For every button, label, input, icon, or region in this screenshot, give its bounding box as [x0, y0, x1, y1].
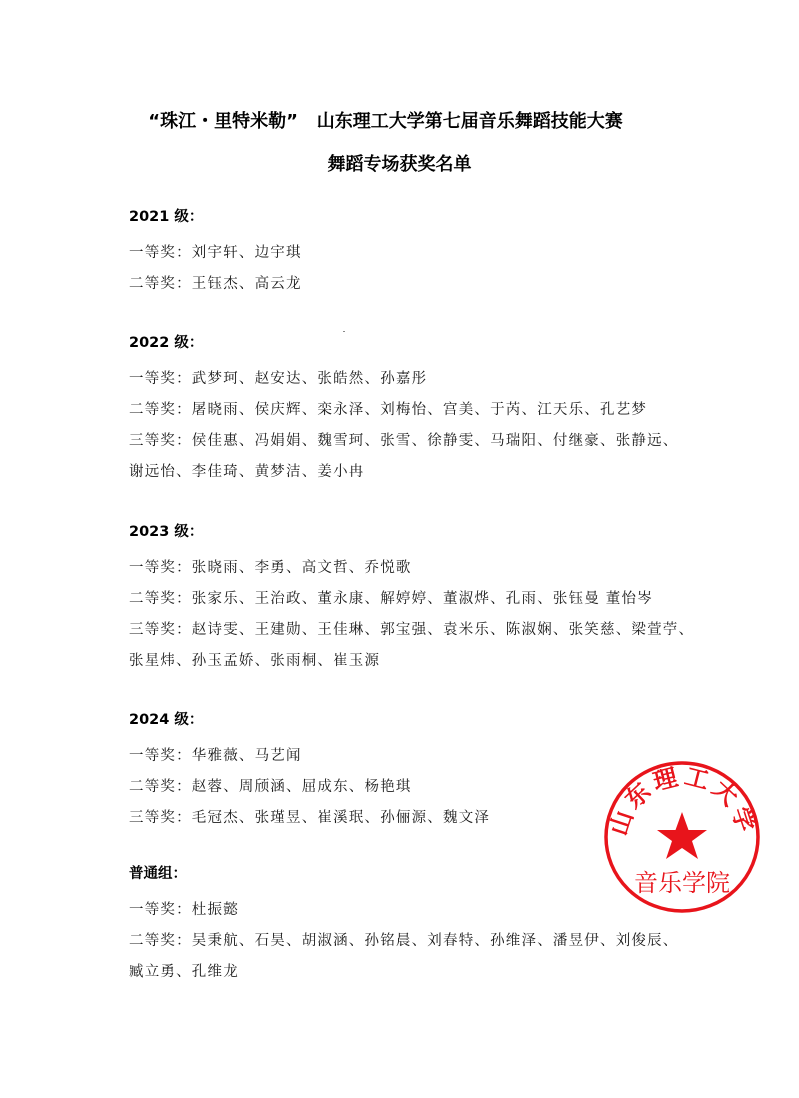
award-line: 谢远怡、李佳琦、黄梦洁、姜小冉 [129, 457, 709, 488]
award-line: 三等奖：赵诗雯、王建勋、王佳琳、郭宝强、袁米乐、陈淑娴、张笑慈、梁萱苧、 [129, 615, 709, 646]
document-title: “珠江・里特米勒” 山东理工大学第七届音乐舞蹈技能大赛 [0, 107, 785, 133]
star-icon [657, 812, 707, 859]
group-heading: 2021 级： [129, 207, 709, 238]
seal-graphic: 山东理工大学 音乐学院 [603, 760, 761, 914]
group-2023: 2023 级： 一等奖：张晓雨、李勇、高文哲、乔悦歌 二等奖：张家乐、王治政、董… [129, 522, 709, 677]
award-line: 臧立勇、孔维龙 [129, 957, 709, 988]
award-line: 一等奖：张晓雨、李勇、高文哲、乔悦歌 [129, 553, 709, 584]
award-line: 张星炜、孙玉孟娇、张雨桐、崔玉源 [129, 646, 709, 677]
seal-bottom-text: 音乐学院 [634, 869, 730, 897]
group-heading: 2023 级： [129, 522, 709, 553]
group-heading: 2022 级： [129, 333, 709, 364]
group-2021: 2021 级： 一等奖：刘宇轩、边宇琪 二等奖：王钰杰、高云龙 [129, 207, 709, 300]
award-line: 二等奖：王钰杰、高云龙 [129, 269, 709, 300]
document-subtitle: 舞蹈专场获奖名单 [0, 150, 799, 176]
award-line: 三等奖：侯佳惠、冯娟娟、魏雪珂、张雪、徐静雯、马瑞阳、付继豪、张静远、 [129, 426, 709, 457]
award-line: 二等奖：屠晓雨、侯庆辉、栾永泽、刘梅怡、宫美、于芮、江天乐、孔艺梦 [129, 395, 709, 426]
award-line: 二等奖：张家乐、王治政、董永康、解婷婷、董淑烨、孔雨、张钰曼 董怡岑 [129, 584, 709, 615]
award-line: 一等奖：刘宇轩、边宇琪 [129, 238, 709, 269]
group-heading: 2024 级： [129, 710, 709, 741]
group-2022: 2022 级： 一等奖：武梦珂、赵安达、张皓然、孙嘉彤 二等奖：屠晓雨、侯庆辉、… [129, 333, 709, 488]
award-line: 一等奖：武梦珂、赵安达、张皓然、孙嘉彤 [129, 364, 709, 395]
award-line: 二等奖：吴秉航、石昊、胡淑涵、孙铭晨、刘春特、孙维泽、潘昱伊、刘俊辰、 [129, 926, 709, 957]
official-seal: 山东理工大学 音乐学院 [603, 760, 761, 914]
